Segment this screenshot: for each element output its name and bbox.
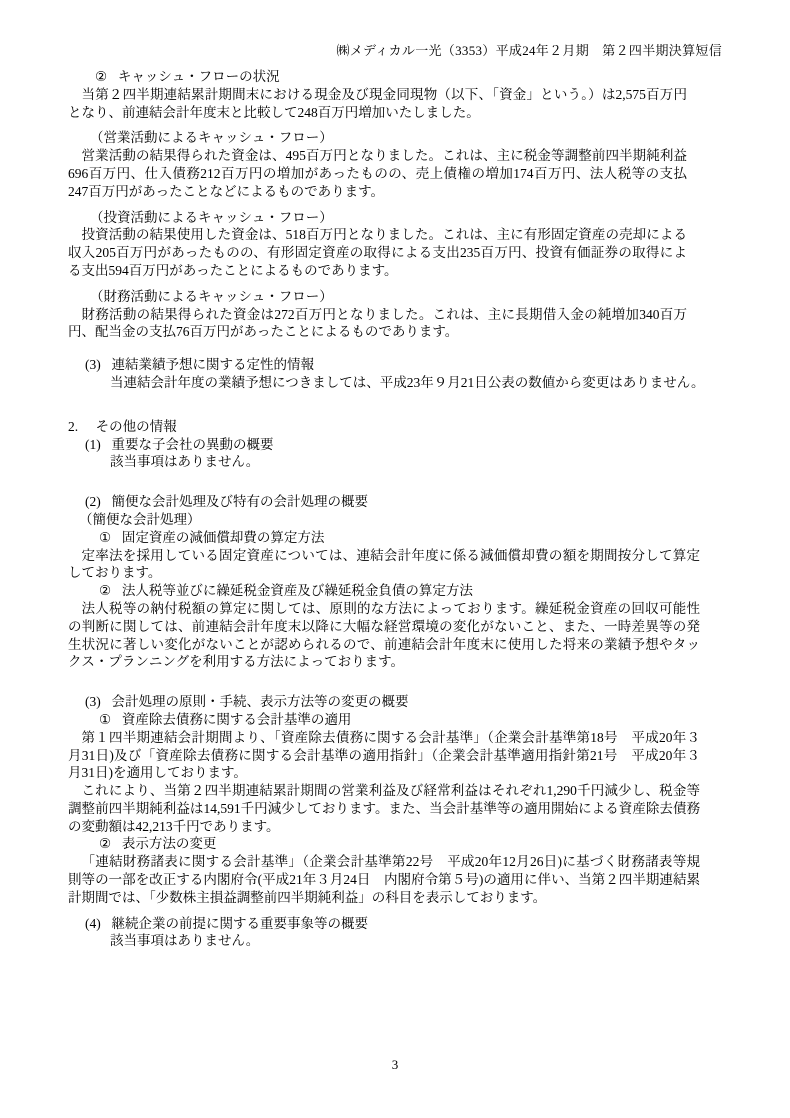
going-concern-body: 該当事項はありません。: [110, 932, 722, 950]
simplified-accounting-heading: (2)簡便な会計処理及び特有の会計処理の概要: [85, 493, 722, 511]
forecast-body: 当連結会計年度の業績予想につきましては、平成23年９月21日公表の数値から変更は…: [110, 374, 722, 392]
tax-calculation-number: ②: [99, 583, 111, 598]
other-info-number: 2.: [68, 419, 78, 434]
depreciation-method-heading: ①固定資産の減価償却費の算定方法: [99, 529, 722, 547]
going-concern-number: (4): [85, 916, 101, 931]
operating-cashflow-paragraph: 営業活動の結果得られた資金は、495百万円となりました。これは、主に税金等調整前…: [68, 147, 687, 200]
asset-retirement-paragraph-2: これにより、当第２四半期連結累計期間の営業利益及び経常利益はそれぞれ1,290千…: [68, 782, 700, 835]
accounting-changes-number: (3): [85, 694, 101, 709]
presentation-change-number: ②: [99, 836, 111, 851]
forecast-number: (3): [85, 357, 101, 372]
cashflow-intro-paragraph: 当第２四半期連結累計期間末における現金及び現金同現物（以下、「資金」という。）は…: [68, 86, 687, 122]
forecast-heading: (3)連結業績予想に関する定性的情報: [85, 356, 722, 374]
accounting-changes-heading: (3)会計処理の原則・手続、表示方法等の変更の概要: [85, 693, 722, 711]
forecast-title: 連結業績予想に関する定性的情報: [112, 357, 315, 372]
tax-calculation-paragraph: 法人税等の納付税額の算定に関しては、原則的な方法によっております。繰延税金資産の…: [68, 600, 700, 671]
tax-calculation-heading: ②法人税等並びに繰延税金資産及び繰延税金負債の算定方法: [99, 582, 722, 600]
asset-retirement-paragraph-1: 第１四半期連結会計期間より、「資産除去債務に関する会計基準」（企業会計基準第18…: [68, 729, 700, 782]
financing-cashflow-label: （財務活動によるキャッシュ・フロー）: [90, 288, 722, 306]
document-content: ②キャッシュ・フローの状況 当第２四半期連結累計期間末における現金及び現金同現物…: [68, 68, 722, 950]
subsidiaries-title: 重要な子会社の異動の概要: [112, 437, 274, 452]
subsidiaries-number: (1): [85, 437, 101, 452]
going-concern-title: 継続企業の前提に関する重要事象等の概要: [112, 916, 369, 931]
asset-retirement-number: ①: [99, 712, 111, 727]
simplified-accounting-number: (2): [85, 494, 101, 509]
subsidiaries-heading: (1)重要な子会社の異動の概要: [85, 436, 722, 454]
document-header: ㈱メディカル一光（3353）平成24年２月期 第２四半期決算短信: [0, 42, 722, 60]
going-concern-heading: (4)継続企業の前提に関する重要事象等の概要: [85, 915, 722, 933]
investing-cashflow-label: （投資活動によるキャッシュ・フロー）: [90, 209, 722, 227]
presentation-change-paragraph: 「連結財務諸表に関する会計基準」（企業会計基準第22号 平成20年12月26日)…: [68, 853, 700, 906]
page-number: 3: [0, 1056, 790, 1074]
cashflow-section-heading: ②キャッシュ・フローの状況: [95, 68, 722, 86]
asset-retirement-heading: ①資産除去債務に関する会計基準の適用: [99, 711, 722, 729]
cashflow-section-number: ②: [95, 69, 107, 84]
financing-cashflow-paragraph: 財務活動の結果得られた資金は272百万円となりました。これは、主に長期借入金の純…: [68, 306, 687, 342]
depreciation-method-title: 固定資産の減価償却費の算定方法: [122, 530, 325, 545]
other-info-title: その他の情報: [96, 419, 177, 434]
depreciation-method-paragraph: 定率法を採用している固定資産については、連結会計年度に係る減価償却費の額を期間按…: [68, 547, 700, 583]
document-page: ㈱メディカル一光（3353）平成24年２月期 第２四半期決算短信 ②キャッシュ・…: [0, 0, 790, 1118]
depreciation-method-number: ①: [99, 530, 111, 545]
operating-cashflow-label: （営業活動によるキャッシュ・フロー）: [90, 129, 722, 147]
investing-cashflow-paragraph: 投資活動の結果使用した資金は、518百万円となりました。これは、主に有形固定資産…: [68, 226, 687, 279]
other-info-heading: 2.その他の情報: [68, 418, 722, 436]
asset-retirement-title: 資産除去債務に関する会計基準の適用: [122, 712, 352, 727]
simplified-accounting-title: 簡便な会計処理及び特有の会計処理の概要: [112, 494, 369, 509]
accounting-changes-title: 会計処理の原則・手続、表示方法等の変更の概要: [112, 694, 409, 709]
presentation-change-title: 表示方法の変更: [122, 836, 217, 851]
cashflow-section-title: キャッシュ・フローの状況: [118, 69, 280, 84]
tax-calculation-title: 法人税等並びに繰延税金資産及び繰延税金負債の算定方法: [122, 583, 473, 598]
subsidiaries-body: 該当事項はありません。: [110, 453, 722, 471]
presentation-change-heading: ②表示方法の変更: [99, 835, 722, 853]
simplified-accounting-sublabel: （簡便な会計処理）: [79, 511, 722, 529]
